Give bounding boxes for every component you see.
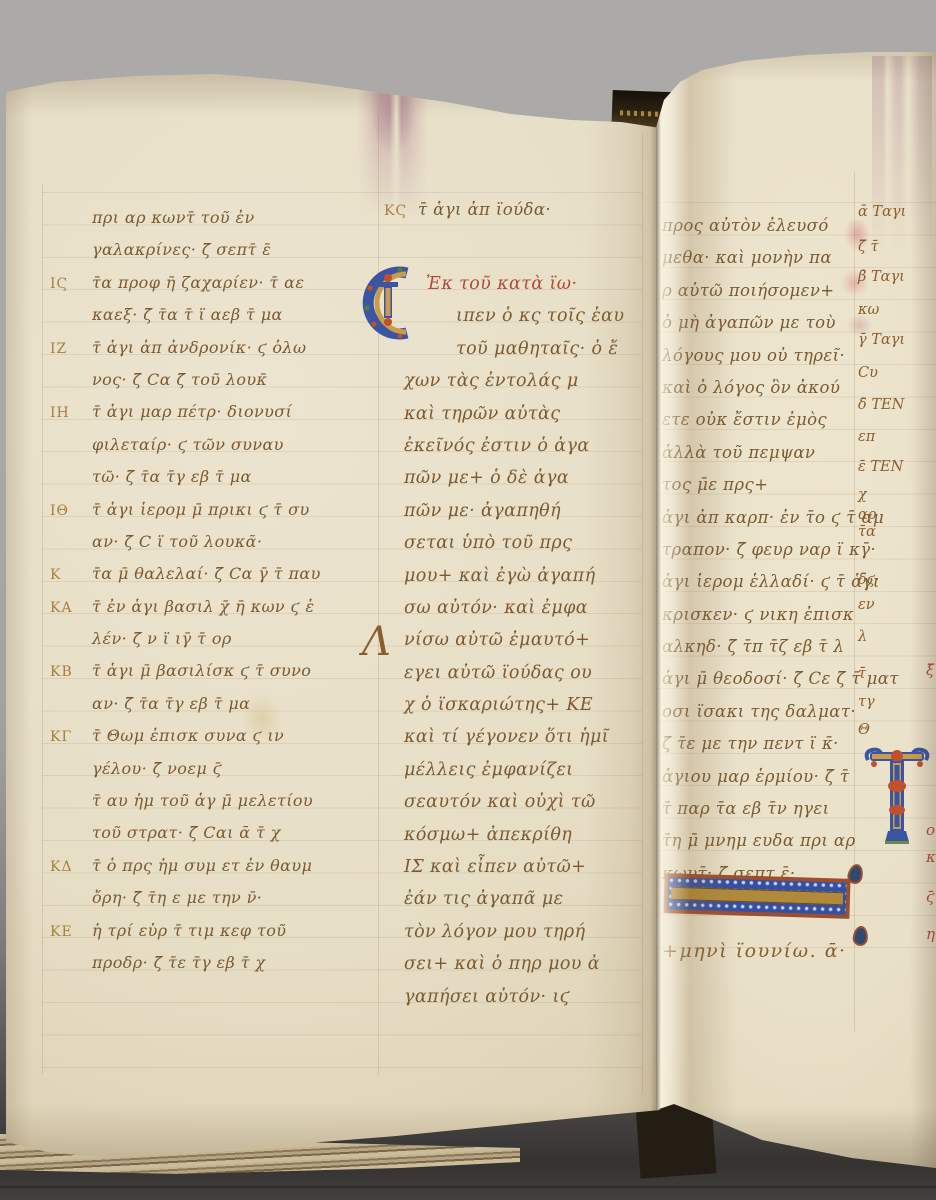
lection-line-text: ΙΣ καὶ εἶπεν αὐτῶ+ bbox=[404, 851, 586, 883]
margin-day-numeral: ΙΘ bbox=[50, 495, 92, 527]
index-line: ΙΖ τ̄ ἁγι ἀπ ἀνδρονίκ· ϛ ὁλω bbox=[50, 332, 380, 364]
index-line: τῶ· ζ̄ τ̄α τ̄γ εβ τ̄ μα bbox=[50, 461, 380, 493]
continuation-line: κρισκεν· ϛ νικη ἐπισκ bbox=[662, 599, 872, 631]
edge-rubric-letter: ϛ̄ bbox=[926, 890, 934, 905]
margin-day-numeral: ΙΖ bbox=[50, 333, 92, 365]
index-line-text: ὄρη· ζ̄ τ̄η ε με την ν̄· bbox=[92, 882, 262, 914]
lection-line: σω αὐτόν· καὶ ἐμφα bbox=[404, 592, 662, 624]
index-line: ΚΓ τ̄ Θωμ ἐπισκ συνα ϛ ιν bbox=[50, 720, 380, 752]
margin-index-entry: εν bbox=[858, 598, 875, 613]
lection-line: σεται ὑπὸ τοῦ πρς bbox=[404, 527, 662, 559]
margin-index-entry: ε̄ ΤΕΝ bbox=[858, 460, 903, 475]
lection-line-text: πῶν με+ ὁ δὲ ἀγα bbox=[404, 462, 569, 494]
index-line-text: τοῦ στρατ· ζ̄ Ϲαι ᾱ τ̄ χ bbox=[92, 817, 281, 849]
margin-index-entry: τγ bbox=[858, 695, 875, 710]
margin-index-entry: τ̄α bbox=[858, 525, 876, 540]
lection-line-text: χων τὰς ἐντολάς μ bbox=[404, 365, 579, 397]
continuation-line-text: μεθα· καὶ μονὴν πα bbox=[662, 242, 832, 274]
margin-index-entry: δ̄ ΤΕΝ bbox=[858, 398, 904, 413]
lection-line-text: μέλλεις ἐμφανίζει bbox=[404, 754, 573, 786]
continuation-line: μεθα· καὶ μονὴν πα bbox=[662, 242, 872, 274]
margin-index-entry: χ bbox=[858, 488, 867, 503]
continuation-line-text: ἁγιου μαρ ἑρμίου· ζ̄ τ̄ bbox=[662, 761, 849, 793]
manuscript-photograph: πρι αρ κωντ̄ τοῦ ἐν γαλακρίνες· ζ̄ σεπτ̄… bbox=[0, 0, 936, 1200]
index-line: ΙΘ τ̄ ἁγι ἱερομ μ̄ πρικι ϛ τ̄ συ bbox=[50, 494, 380, 526]
lection-line-text: ιπεν ὁ κς τοῖς ἑαυ bbox=[456, 300, 624, 332]
index-line-text: φιλεταίρ· ϛ τῶν συναυ bbox=[92, 429, 284, 461]
margin-index-entry: ζ̄ τ̄ bbox=[858, 240, 879, 255]
lection-line-text: ἐκεῖνός ἐστιν ὁ ἀγα bbox=[404, 430, 590, 462]
index-line: τοῦ στρατ· ζ̄ Ϲαι ᾱ τ̄ χ bbox=[50, 817, 380, 849]
index-line: καεξ· ζ̄ τ̄α τ̄ ϊ αεβ τ̄ μα bbox=[50, 299, 380, 331]
index-line: ΚΕ ἡ τρί εὑρ τ̄ τιμ κεφ τοῦ bbox=[50, 915, 380, 947]
lection-line: μέλλεις ἐμφανίζει bbox=[404, 754, 662, 786]
margin-index-entry: αρ bbox=[858, 508, 876, 523]
edge-rubric-letter: η bbox=[926, 927, 935, 942]
index-line-text: αν· ζ̄ τ̄α τ̄γ εβ τ̄ μα bbox=[92, 688, 250, 720]
margin-day-numeral: ΚΕ bbox=[50, 916, 92, 948]
edge-rubric-letter: ξ̄ bbox=[926, 663, 934, 678]
margin-index-entry: τ̄ bbox=[858, 667, 866, 682]
continuation-line-text: ἁγι ἀπ καρπ· ἐν τ̄ο ϛ τ̄ αμ bbox=[662, 502, 884, 534]
epsilon-ornament bbox=[360, 260, 412, 346]
index-line-text: τ̄ ἁγι μ̄ βασιλίσκ ϛ τ̄ συνο bbox=[92, 655, 311, 687]
index-line: ΚΔ τ̄ ὁ πρς ἡμ συμ ετ ἐν θαυμ bbox=[50, 850, 380, 882]
index-line: ὄρη· ζ̄ τ̄η ε με την ν̄· bbox=[50, 882, 380, 914]
enlarged-lambda-initial: Λ bbox=[362, 622, 391, 662]
lection-heading-text: τ̄ ἁγι ἀπ ϊούδα· bbox=[418, 200, 551, 219]
lection-line-text: μου+ καὶ ἐγὼ ἀγαπή bbox=[404, 560, 595, 592]
lection-line-text: σεται ὑπὸ τοῦ πρς bbox=[404, 527, 572, 559]
continuation-line-text: ἁγι ἱερομ ἑλλαδί· ϛ τ̄ ἁγι bbox=[662, 566, 880, 598]
margin-day-numeral: ΚΑ bbox=[50, 592, 92, 624]
left-page: πρι αρ κωντ̄ τοῦ ἐν γαλακρίνες· ζ̄ σεπτ̄… bbox=[6, 74, 660, 1158]
continuation-line-text: προς αὐτὸν ἐλευσό bbox=[662, 210, 829, 242]
continuation-line-text: κρισκεν· ϛ νικη ἐπισκ bbox=[662, 599, 854, 631]
continuation-line: τραπον· ζ̄ φευρ ναρ ϊ κγ̄· bbox=[662, 534, 872, 566]
edge-rubric-letter: κ bbox=[926, 850, 936, 865]
lection-line-text: γαπήσει αὐτόν· ιϛ bbox=[404, 981, 570, 1013]
band-scrollwork bbox=[668, 877, 847, 915]
ornamental-band bbox=[663, 873, 850, 919]
lection-line: ιπεν ὁ κς τοῖς ἑαυ bbox=[404, 300, 662, 332]
index-line-text: τ̄α μ̄ θαλελαί· ζ̄ Ϲα γ̄ τ̄ παυ bbox=[92, 558, 321, 590]
index-line: Κ τ̄α μ̄ θαλελαί· ζ̄ Ϲα γ̄ τ̄ παυ bbox=[50, 558, 380, 590]
margin-index-entry: δ̄ϛ· bbox=[858, 573, 879, 588]
index-line: αν· ζ̄ Ϲ ϊ τοῦ λουκᾶ· bbox=[50, 526, 380, 558]
continuation-line-text: τ̄η μ̄ μνημ ευδα πρι αρ bbox=[662, 825, 856, 857]
index-line-text: γέλου· ζ̄ νοεμ ϛ̄ bbox=[92, 753, 222, 785]
index-line: γέλου· ζ̄ νοεμ ϛ̄ bbox=[50, 753, 380, 785]
lection-column: Ἐκ τοῦ κατὰ ϊω· ιπεν ὁ κς τοῖς ἑαυ τοῦ μ… bbox=[404, 268, 662, 1013]
lection-line-text: σει+ καὶ ὁ πηρ μου ἀ bbox=[404, 948, 600, 980]
lection-line-text: Ἐκ τοῦ κατὰ ϊω· bbox=[426, 268, 577, 300]
margin-day-numeral: ΙϚ bbox=[50, 268, 92, 300]
lection-line-text: νίσω αὐτῶ ἐμαυτό+ bbox=[404, 624, 590, 656]
continuation-line: οσι ϊσακι της δαλματ· bbox=[662, 696, 872, 728]
lection-line: μου+ καὶ ἐγὼ ἀγαπή bbox=[404, 560, 662, 592]
margin-day-numeral: ΚϚ bbox=[384, 203, 418, 219]
lection-line: Ἐκ τοῦ κατὰ ϊω· bbox=[404, 268, 662, 300]
lection-line: ἐάν τις ἀγαπᾶ με bbox=[404, 883, 662, 915]
index-line-text: λέν· ζ̄ ν ϊ ιγ̄ τ̄ ορ bbox=[92, 623, 232, 655]
band-finial-bottom bbox=[852, 925, 869, 946]
index-line-text: τ̄α προφ η̄ ζαχαρίεν· τ̄ αε bbox=[92, 267, 304, 299]
index-line-text: τ̄ αυ ἡμ τοῦ ἁγ μ̄ μελετίου bbox=[92, 785, 313, 817]
index-line-text: πρι αρ κωντ̄ τοῦ ἐν bbox=[92, 202, 255, 234]
lection-line-text: ἐάν τις ἀγαπᾶ με bbox=[404, 883, 563, 915]
index-line-text: τ̄ Θωμ ἐπισκ συνα ϛ ιν bbox=[92, 720, 284, 752]
continuation-line: τος μ̄ε πρς+ bbox=[662, 469, 872, 501]
continuation-line: ἁγιου μαρ ἑρμίου· ζ̄ τ̄ bbox=[662, 761, 872, 793]
index-line-text: αν· ζ̄ Ϲ ϊ τοῦ λουκᾶ· bbox=[92, 526, 262, 558]
continuation-line-text: ρ αὐτῶ ποιήσομεν+ bbox=[662, 275, 835, 307]
lection-line: καὶ τί γέγονεν ὅτι ἡμῖ bbox=[404, 721, 662, 753]
margin-index-entry: γ̄ Ταγι bbox=[858, 333, 905, 348]
continuation-line-text: τραπον· ζ̄ φευρ ναρ ϊ κγ̄· bbox=[662, 534, 876, 566]
margin-day-numeral: Κ bbox=[50, 559, 92, 591]
continuation-line-text: οσι ϊσακι της δαλματ· bbox=[662, 696, 856, 728]
index-line-text: τ̄ ἁγι ἱερομ μ̄ πρικι ϛ τ̄ συ bbox=[92, 494, 310, 526]
index-line-text: καεξ· ζ̄ τ̄α τ̄ ϊ αεβ τ̄ μα bbox=[92, 299, 283, 331]
continuation-line: ἁγι ἀπ καρπ· ἐν τ̄ο ϛ τ̄ αμ bbox=[662, 502, 872, 534]
margin-day-numeral: ΚΔ bbox=[50, 851, 92, 883]
index-line: ΚΒ τ̄ ἁγι μ̄ βασιλίσκ ϛ τ̄ συνο bbox=[50, 655, 380, 687]
index-line: τ̄ αυ ἡμ τοῦ ἁγ μ̄ μελετίου bbox=[50, 785, 380, 817]
continuation-line-text: ζ̄ τ̄ε με την πεντ ϊ κ̄· bbox=[662, 728, 839, 760]
margin-index-entry: β̄ Ταγι bbox=[858, 270, 905, 285]
index-line-text: τῶ· ζ̄ τ̄α τ̄γ εβ τ̄ μα bbox=[92, 461, 252, 493]
index-line-text: τ̄ ἁγι μαρ πέτρ· διονυσί bbox=[92, 396, 292, 428]
index-line: ΙΗ τ̄ ἁγι μαρ πέτρ· διονυσί bbox=[50, 396, 380, 428]
lection-line: κόσμω+ ἀπεκρίθη bbox=[404, 819, 662, 851]
lection-line-text: τοῦ μαθηταῖς· ὁ ἔ bbox=[456, 333, 618, 365]
margin-day-numeral: ΚΓ bbox=[50, 721, 92, 753]
dye-stain bbox=[872, 56, 932, 276]
continuation-line: τ̄ παρ τ̄α εβ τ̄ν ηγει bbox=[662, 793, 872, 825]
lection-line: ἐκεῖνός ἐστιν ὁ ἀγα bbox=[404, 430, 662, 462]
lection-line: εγει αὐτῶ ϊούδας ου bbox=[404, 657, 662, 689]
continuation-line-text: ετε οὐκ ἔστιν ἐμὸς bbox=[662, 404, 827, 436]
continuation-line-text: καὶ ὁ λόγος ὃν ἀκού bbox=[662, 372, 840, 404]
lection-line: τοῦ μαθηταῖς· ὁ ἔ bbox=[404, 333, 662, 365]
index-line: λέν· ζ̄ ν ϊ ιγ̄ τ̄ ορ bbox=[50, 623, 380, 655]
lection-line: σει+ καὶ ὁ πηρ μου ἀ bbox=[404, 948, 662, 980]
index-line: ΙϚ τ̄α προφ η̄ ζαχαρίεν· τ̄ αε bbox=[50, 267, 380, 299]
lection-heading: ΚϚ τ̄ ἁγι ἀπ ϊούδα· bbox=[384, 200, 551, 219]
continuation-line: ἁγι ἱερομ ἑλλαδί· ϛ τ̄ ἁγι bbox=[662, 566, 872, 598]
band-gold-strip bbox=[671, 887, 843, 905]
index-line-text: γαλακρίνες· ζ̄ σεπτ̄ ε̄ bbox=[92, 234, 271, 266]
continuation-line-text: ἀλλὰ τοῦ πεμψαν bbox=[662, 437, 815, 469]
lection-line: πῶν με+ ὁ δὲ ἀγα bbox=[404, 462, 662, 494]
right-page: προς αὐτὸν ἐλευσό μεθα· καὶ μονὴν πα ρ α… bbox=[656, 52, 936, 1172]
continuation-line: καὶ ὁ λόγος ὃν ἀκού bbox=[662, 372, 872, 404]
lection-line: σεαυτόν καὶ οὐχὶ τῶ bbox=[404, 786, 662, 818]
index-line: πρι αρ κωντ̄ τοῦ ἐν bbox=[50, 202, 380, 234]
lection-line: γαπήσει αὐτόν· ιϛ bbox=[404, 981, 662, 1013]
index-line: προδρ· ζ̄ τ̄ε τ̄γ εβ τ̄ χ bbox=[50, 947, 380, 979]
continuation-line-text: λόγους μου οὐ τηρεῖ· bbox=[662, 340, 845, 372]
continuation-line: ετε οὐκ ἔστιν ἐμὸς bbox=[662, 404, 872, 436]
lection-line-text: χ ὁ ϊσκαριώτης+ ΚΕ bbox=[404, 689, 593, 721]
continuation-column: προς αὐτὸν ἐλευσό μεθα· καὶ μονὴν πα ρ α… bbox=[662, 210, 872, 890]
margin-index-entry: Ϲυ bbox=[858, 366, 878, 381]
index-line: φιλεταίρ· ϛ τῶν συναυ bbox=[50, 429, 380, 461]
lection-line: χων τὰς ἐντολάς μ bbox=[404, 365, 662, 397]
lection-line: καὶ τηρῶν αὐτὰς bbox=[404, 398, 662, 430]
margin-index-entry: κω bbox=[858, 303, 879, 318]
illuminated-initial-epsilon: Ε bbox=[360, 260, 412, 346]
margin-day-numeral: ΙΗ bbox=[50, 397, 92, 429]
lection-line: ΙΣ καὶ εἶπεν αὐτῶ+ bbox=[404, 851, 662, 883]
index-line: γαλακρίνες· ζ̄ σεπτ̄ ε̄ bbox=[50, 234, 380, 266]
lection-line: νίσω αὐτῶ ἐμαυτό+ bbox=[404, 624, 662, 656]
lection-line-text: κόσμω+ ἀπεκρίθη bbox=[404, 819, 572, 851]
month-heading: +μηνὶ ϊουνίω. ᾱ· bbox=[662, 940, 847, 962]
index-line: αν· ζ̄ τ̄α τ̄γ εβ τ̄ μα bbox=[50, 688, 380, 720]
continuation-line: ἀλλὰ τοῦ πεμψαν bbox=[662, 437, 872, 469]
index-line: ΚΑ τ̄ ἐν ἁγι βασιλ χ̄ η̄ κων ϛ ἑ bbox=[50, 591, 380, 623]
index-line-text: νος· ζ̄ Ϲα ζ̄ τοῦ λουκ̄ bbox=[92, 364, 267, 396]
index-line: νος· ζ̄ Ϲα ζ̄ τοῦ λουκ̄ bbox=[50, 364, 380, 396]
lection-line-text: τὸν λόγον μου τηρή bbox=[404, 916, 586, 948]
continuation-line: τ̄η μ̄ μνημ ευδα πρι αρ bbox=[662, 825, 872, 857]
lection-line-text: σεαυτόν καὶ οὐχὶ τῶ bbox=[404, 786, 596, 818]
continuation-line: ζ̄ τ̄ε με την πεντ ϊ κ̄· bbox=[662, 728, 872, 760]
continuation-line: προς αὐτὸν ἐλευσό bbox=[662, 210, 872, 242]
lection-line: τὸν λόγον μου τηρή bbox=[404, 916, 662, 948]
continuation-line: ρ αὐτῶ ποιήσομεν+ bbox=[662, 275, 872, 307]
illuminated-initial-tau: Τ bbox=[862, 742, 932, 846]
lection-line-text: πῶν με· ἀγαπηθή bbox=[404, 495, 561, 527]
index-line-text: ἡ τρί εὑρ τ̄ τιμ κεφ τοῦ bbox=[92, 915, 286, 947]
margin-day-numeral: ΚΒ bbox=[50, 656, 92, 688]
margin-index-entry: Θ bbox=[858, 723, 870, 738]
margin-index-entry: λ bbox=[858, 630, 867, 645]
lection-line-text: καὶ τί γέγονεν ὅτι ἡμῖ bbox=[404, 721, 609, 753]
index-line-text: τ̄ ἁγι ἀπ ἀνδρονίκ· ϛ ὁλω bbox=[92, 332, 306, 364]
continuation-line-text: ὁ μὴ ἀγαπῶν με τοὺ bbox=[662, 307, 836, 339]
index-line-text: προδρ· ζ̄ τ̄ε τ̄γ εβ τ̄ χ bbox=[92, 947, 266, 979]
continuation-line: ἁγι μ̄ θεοδοσί· ζ̄ Ϲε ζ̄ τ̄ ματ bbox=[662, 663, 872, 695]
continuation-line: λόγους μου οὐ τηρεῖ· bbox=[662, 340, 872, 372]
margin-index-entry: επ bbox=[858, 430, 875, 445]
margin-index-entry: ᾱ Ταγι bbox=[858, 205, 906, 220]
tau-ornament bbox=[862, 742, 932, 846]
lection-line-text: εγει αὐτῶ ϊούδας ου bbox=[404, 657, 592, 689]
lection-line-text: καὶ τηρῶν αὐτὰς bbox=[404, 398, 560, 430]
continuation-line-text: τος μ̄ε πρς+ bbox=[662, 469, 768, 501]
index-line-text: τ̄ ἐν ἁγι βασιλ χ̄ η̄ κων ϛ ἑ bbox=[92, 591, 314, 623]
ruling-vertical bbox=[42, 184, 43, 1074]
continuation-line-text: αλκηδ· ζ̄ τ̄π τ̄ζ εβ τ̄ λ bbox=[662, 631, 844, 663]
lection-line: πῶν με· ἀγαπηθή bbox=[404, 495, 662, 527]
index-line-text: τ̄ ὁ πρς ἡμ συμ ετ ἐν θαυμ bbox=[92, 850, 312, 882]
lection-line-text: σω αὐτόν· καὶ ἐμφα bbox=[404, 592, 588, 624]
continuation-line: ὁ μὴ ἀγαπῶν με τοὺ bbox=[662, 307, 872, 339]
continuation-line: αλκηδ· ζ̄ τ̄π τ̄ζ εβ τ̄ λ bbox=[662, 631, 872, 663]
index-column: πρι αρ κωντ̄ τοῦ ἐν γαλακρίνες· ζ̄ σεπτ̄… bbox=[50, 202, 380, 979]
continuation-line-text: τ̄ παρ τ̄α εβ τ̄ν ηγει bbox=[662, 793, 830, 825]
lection-line: χ ὁ ϊσκαριώτης+ ΚΕ bbox=[404, 689, 662, 721]
